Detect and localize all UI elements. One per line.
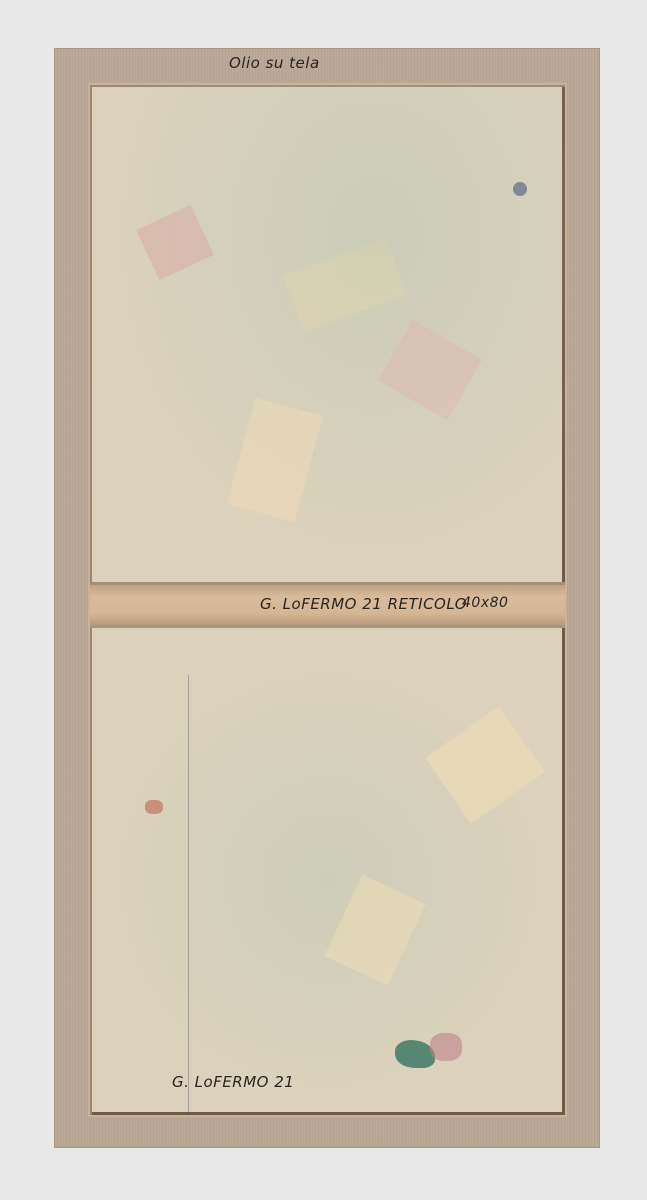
teal-haze [90,85,565,585]
blue-dot [513,182,527,196]
red-stain [145,800,163,814]
crossbar-inscription: G. LoFERMO 21 RETICOLO [260,595,467,613]
pencil-line [188,675,189,1115]
size-inscription: 40x80 [462,595,508,611]
top-inscription: Olio su tela [229,54,320,72]
bottom-signature: G. LoFERMO 21 [172,1073,294,1091]
pink-stain-bottom [430,1033,462,1061]
wooden-crossbar: G. LoFERMO 21 RETICOLO 40x80 [90,585,565,625]
canvas-back: Olio su tela G. LoFERMO 21 RETICOLO 40x8… [54,48,600,1148]
